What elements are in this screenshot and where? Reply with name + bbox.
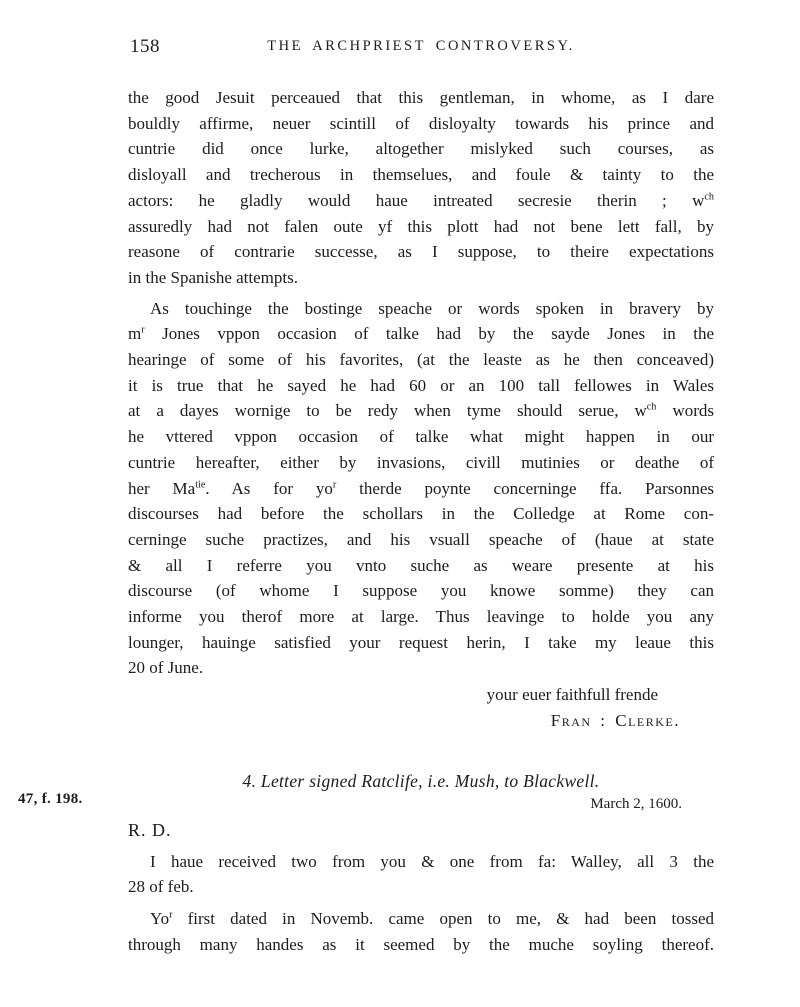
paragraph: the good Jesuit perceaued that this gent… (128, 85, 714, 291)
salutation: R. D. (128, 817, 714, 843)
text-line: informe you therof more at large. Thus l… (128, 604, 714, 630)
paragraph: Yor first dated in Novemb. came open to … (128, 906, 714, 957)
text-line: cuntrie hereafter, either by invasions, … (128, 450, 714, 476)
text-line: her Matie. As for yor therde poynte conc… (128, 476, 714, 502)
text-line: disloyall and trecherous in themselues, … (128, 162, 714, 188)
valediction: your euer faithfull frende (128, 682, 714, 708)
text-line: & all I referre you vnto suche as weare … (128, 553, 714, 579)
letter-paragraphs: I haue received two from you & one from … (128, 849, 714, 958)
text-line: actors: he gladly would haue intreated s… (128, 188, 714, 214)
text-line: As touchinge the bostinge speache or wor… (128, 296, 714, 322)
signature: Fran : Clerke. (128, 708, 714, 734)
page-number: 158 (130, 36, 160, 58)
text-line: lounger, hauinge satisfied your request … (128, 630, 714, 656)
text-line: cerninge suche practizes, and his vsuall… (128, 527, 714, 553)
paragraph: I haue received two from you & one from … (128, 849, 714, 900)
text-line: cuntrie did once lurke, altogether misly… (128, 136, 714, 162)
text-line: it is true that he sayed he had 60 or an… (128, 373, 714, 399)
letter-4-section: 4. Letter signed Ratclife, i.e. Mush, to… (128, 768, 714, 958)
text-line: I haue received two from you & one from … (128, 849, 714, 875)
margin-note: 47, f. 198. (18, 791, 83, 808)
text-line: 28 of feb. (128, 874, 714, 900)
letter-3-text: the good Jesuit perceaued that this gent… (128, 85, 714, 734)
text-line: bouldly affirme, neuer scintill of dislo… (128, 111, 714, 137)
text-line: at a dayes wornige to be redy when tyme … (128, 398, 714, 424)
paragraph: As touchinge the bostinge speache or wor… (128, 296, 714, 682)
text-line: assuredly had not falen oute yf this plo… (128, 214, 714, 240)
text-line: mr Jones vppon occasion of talke had by … (128, 321, 714, 347)
text-line: in the Spanishe attempts. (128, 265, 714, 291)
page-body: the good Jesuit perceaued that this gent… (128, 85, 714, 957)
page-header: 158 THE ARCHPRIEST CONTROVERSY. (128, 0, 714, 62)
text-line: Yor first dated in Novemb. came open to … (128, 906, 714, 932)
text-line: hearinge of some of his favorites, (at t… (128, 347, 714, 373)
letter-heading: 4. Letter signed Ratclife, i.e. Mush, to… (128, 768, 714, 794)
letter-date: March 2, 1600. (128, 794, 714, 814)
text-line: the good Jesuit perceaued that this gent… (128, 85, 714, 111)
text-line: discourses had before the schollars in t… (128, 501, 714, 527)
text-line: 20 of June. (128, 655, 714, 681)
text-line: reasone of contrarie successe, as I supp… (128, 239, 714, 265)
text-line: through many handes as it seemed by the … (128, 932, 714, 958)
text-line: discourse (of whome I suppose you knowe … (128, 578, 714, 604)
text-line: he vttered vppon occasion of talke what … (128, 424, 714, 450)
letter-paragraphs: the good Jesuit perceaued that this gent… (128, 85, 714, 681)
running-title: THE ARCHPRIEST CONTROVERSY. (128, 38, 714, 55)
book-page: 158 THE ARCHPRIEST CONTROVERSY. the good… (0, 0, 800, 1007)
